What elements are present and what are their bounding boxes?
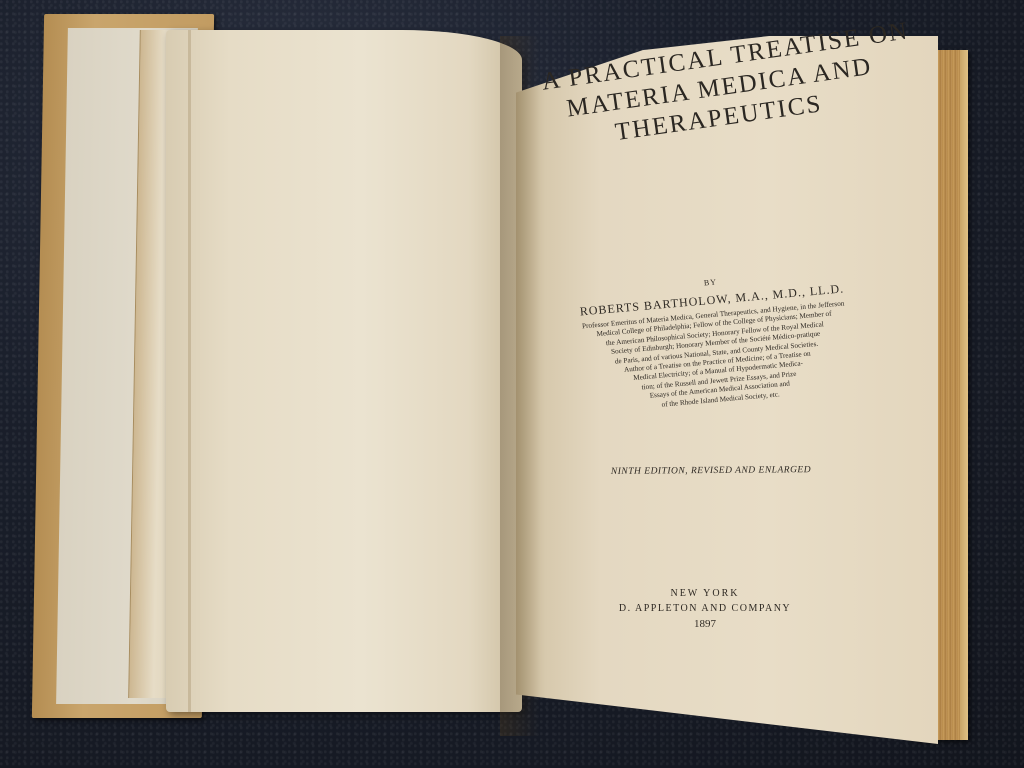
gutter-shadow bbox=[500, 36, 540, 736]
imprint-year: 1897 bbox=[590, 618, 820, 630]
edition-statement: NINTH EDITION, REVISED AND ENLARGED bbox=[596, 465, 826, 477]
imprint-city: NEW YORK bbox=[590, 588, 820, 599]
imprint-publisher: D. APPLETON AND COMPANY bbox=[590, 603, 820, 614]
imprint: NEW YORK D. APPLETON AND COMPANY 1897 bbox=[590, 588, 820, 630]
blank-verso-page bbox=[166, 30, 522, 712]
author-block: BY ROBERTS BARTHOLOW, M.A., M.D., LL.D. … bbox=[561, 265, 871, 418]
